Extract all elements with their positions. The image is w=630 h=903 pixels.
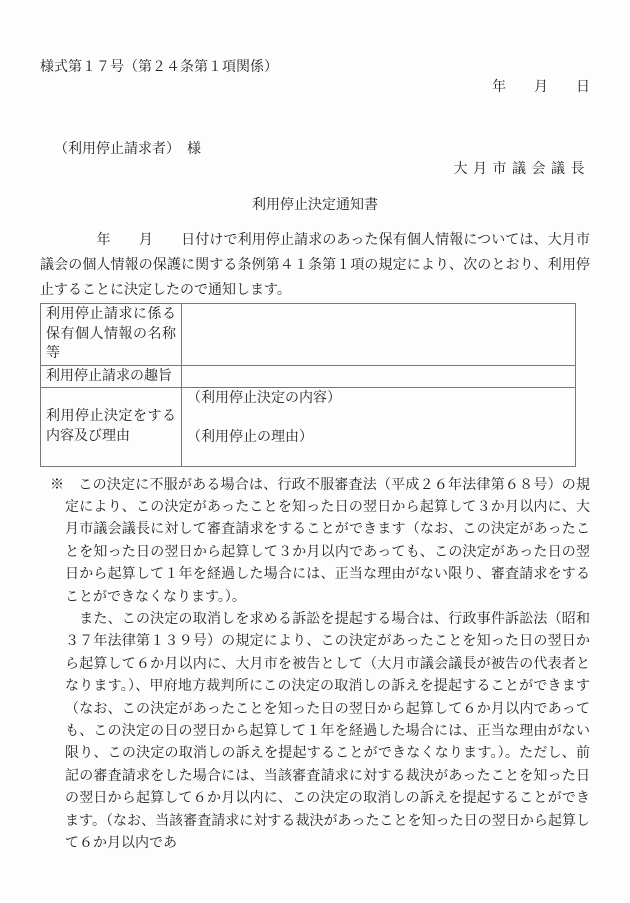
table-row-request-purport: 利用停止請求の趣旨: [41, 365, 576, 388]
addressee-line: （利用停止請求者） 様: [40, 140, 590, 160]
row-label-request-purport: 利用停止請求の趣旨: [41, 365, 182, 388]
row-label-decision-content: 利用停止決定をする内容及び理由: [41, 388, 182, 467]
sender-title: 大月市議会議長: [40, 160, 590, 180]
footnote-paragraph-appeal: ※ この決定に不服がある場合は、行政不服審査法（平成２６年法律第６８号）の規定に…: [65, 475, 590, 609]
info-table: 利用停止請求に係る保有個人情報の名称等 利用停止請求の趣旨 利用停止決定をする内…: [40, 303, 576, 467]
row-value-decision-content: （利用停止決定の内容） （利用停止の理由）: [182, 388, 576, 467]
row-value-text: （利用停止決定の内容） （利用停止の理由）: [187, 391, 341, 445]
row-label-text: 利用停止請求の趣旨: [46, 369, 172, 384]
document-page: 様式第１７号（第２４条第１項関係） 年 月 日 （利用停止請求者） 様 大月市議…: [0, 0, 630, 903]
footnote-paragraph-lawsuit: また、この決定の取消しを求める訴訟を提起する場合は、行政事件訴訟法（昭和３７年法…: [65, 609, 590, 855]
row-label-text: 利用停止決定をする内容及び理由: [46, 409, 176, 444]
footnote-block: ※ この決定に不服がある場合は、行政不服審査法（平成２６年法律第６８号）の規定に…: [65, 475, 590, 856]
form-number: 様式第１７号（第２４条第１項関係）: [40, 58, 590, 78]
intro-paragraph: 年 月 日付けで利用停止請求のあった保有個人情報については、大月市議会の個人情報…: [40, 228, 590, 303]
document-title: 利用停止決定通知書: [40, 196, 590, 216]
row-label-text: 利用停止請求に係る保有個人情報の名称等: [46, 307, 176, 361]
table-row-decision-content: 利用停止決定をする内容及び理由 （利用停止決定の内容） （利用停止の理由）: [41, 388, 576, 467]
row-label-personal-info-name: 利用停止請求に係る保有個人情報の名称等: [41, 304, 182, 366]
date-line: 年 月 日: [40, 78, 590, 98]
row-value-personal-info-name: [182, 304, 576, 366]
document-content: 様式第１７号（第２４条第１項関係） 年 月 日 （利用停止請求者） 様 大月市議…: [0, 0, 630, 855]
table-row-personal-info-name: 利用停止請求に係る保有個人情報の名称等: [41, 304, 576, 366]
row-value-request-purport: [182, 365, 576, 388]
